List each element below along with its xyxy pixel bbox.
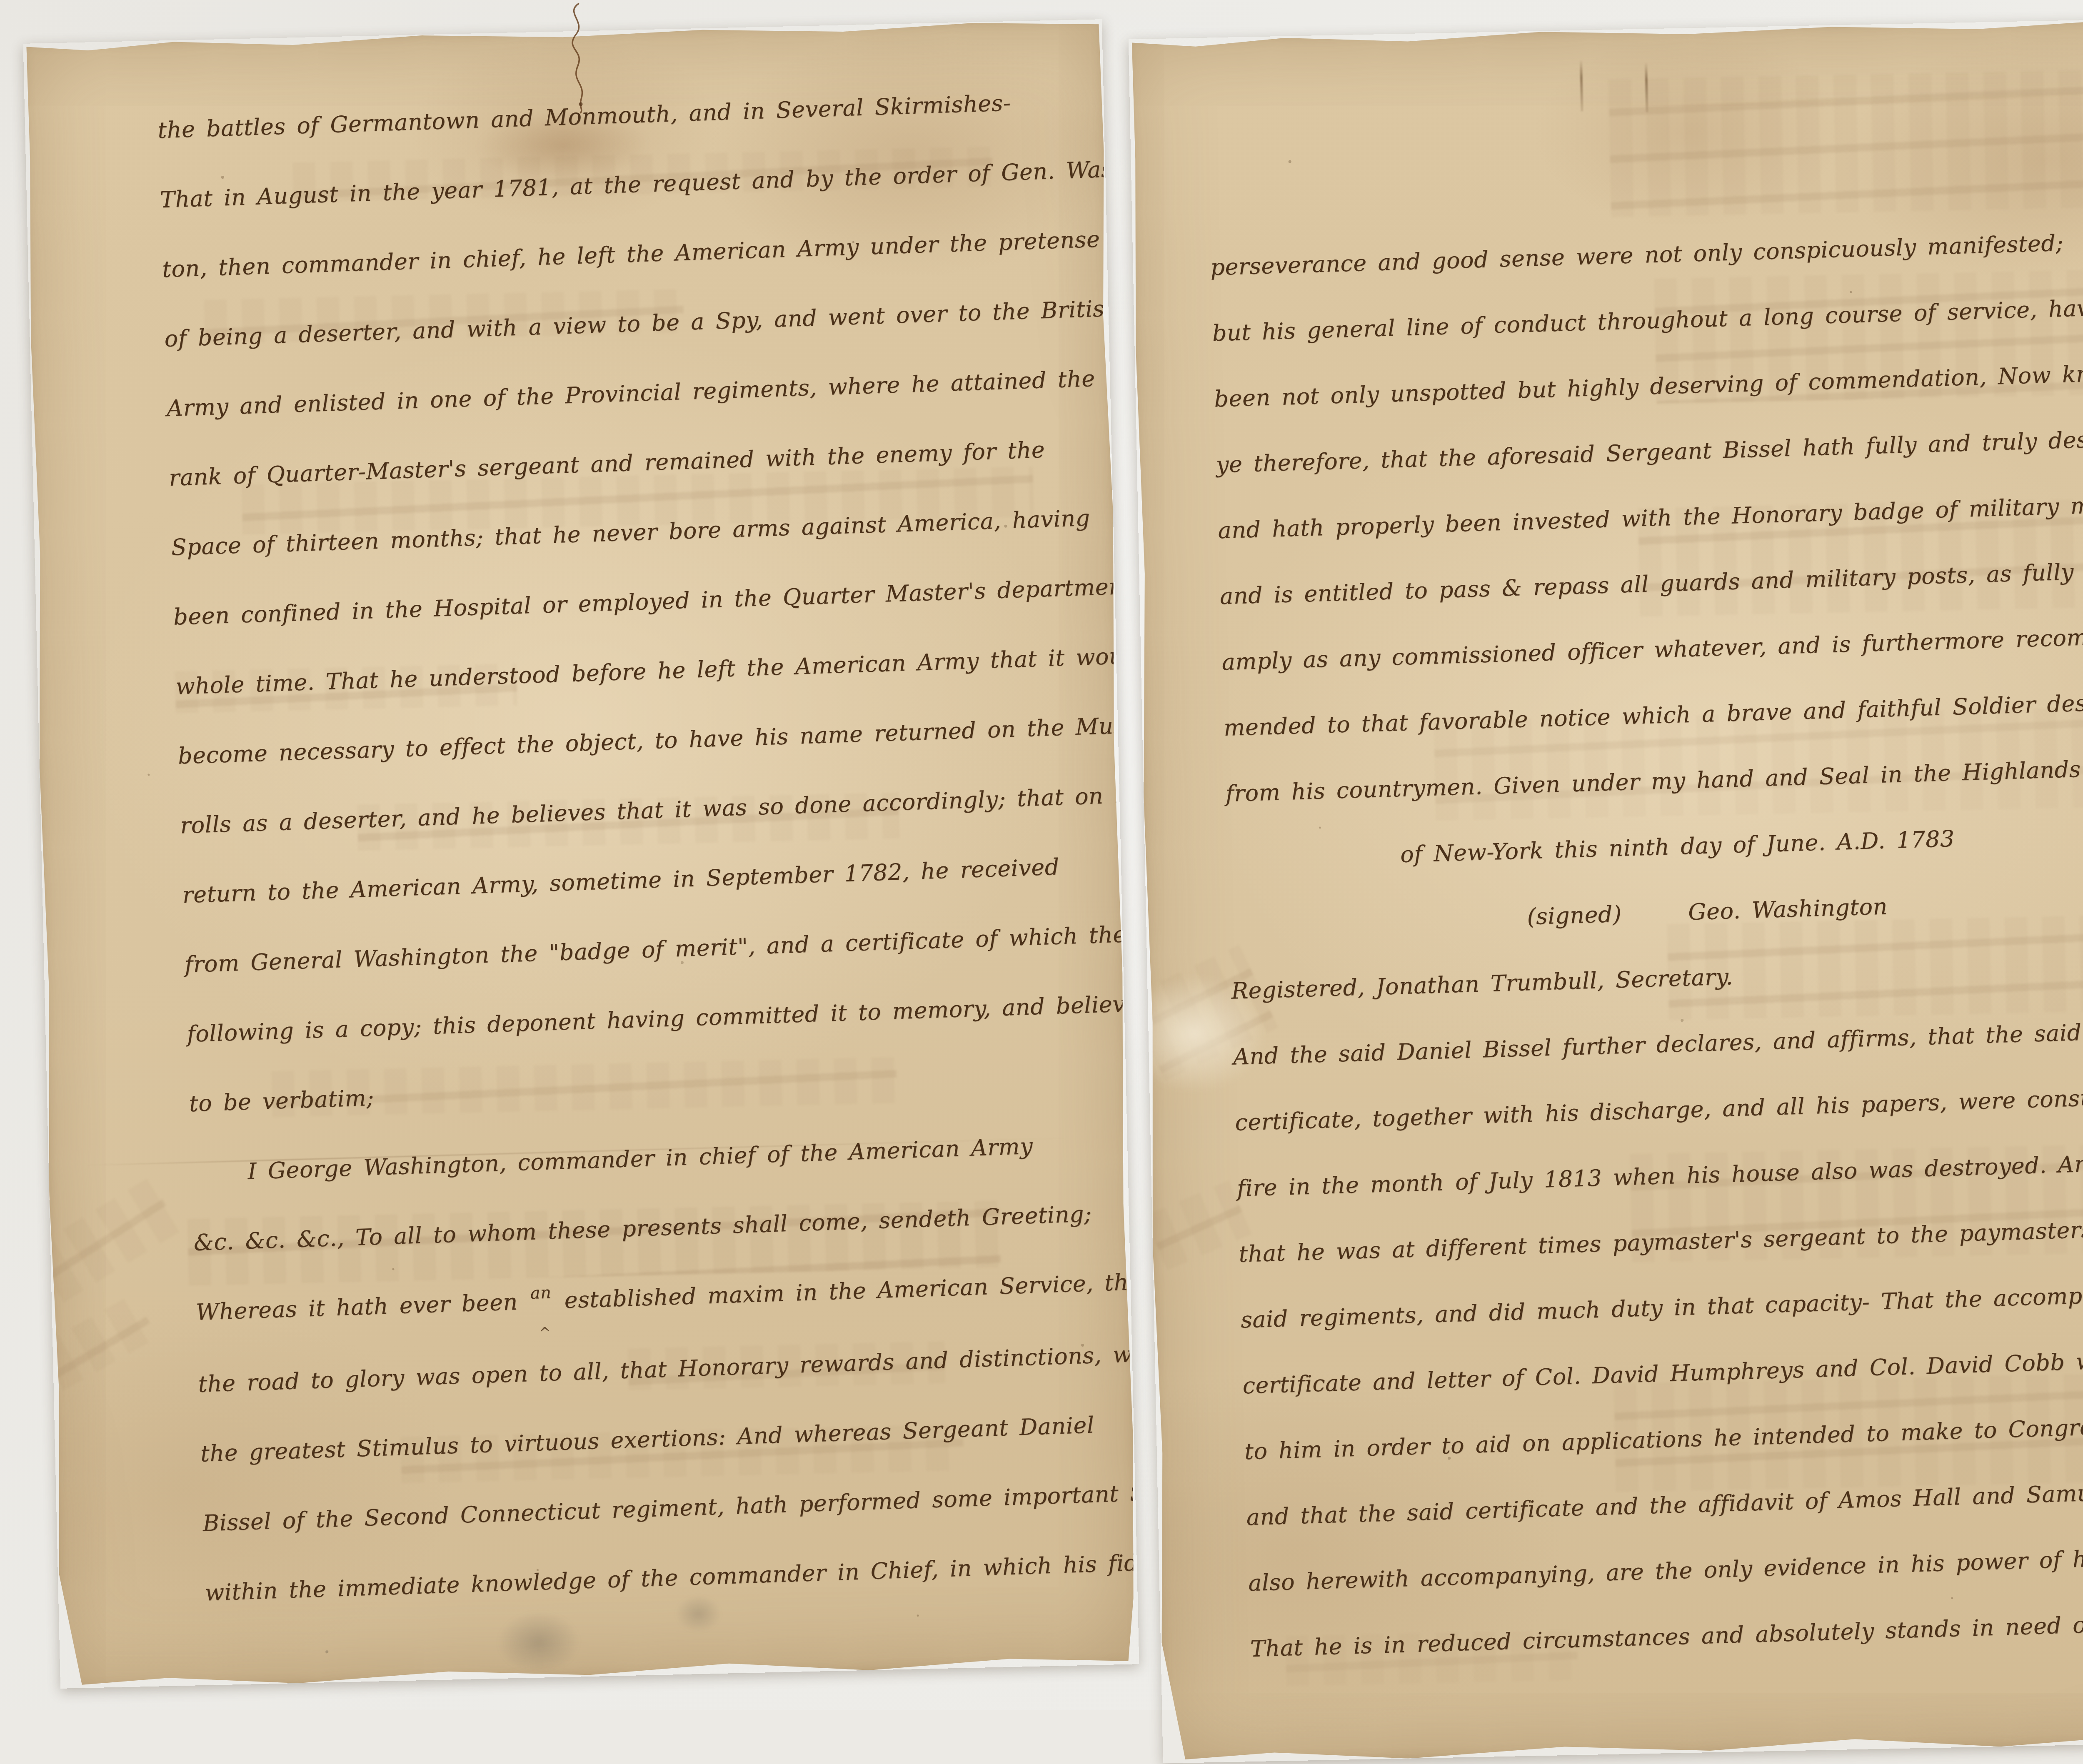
manuscript-page-left: the battles of Germantown and Monmouth, … <box>23 19 1139 1689</box>
manuscript-text-right: perseverance and good sense were not onl… <box>1209 205 2083 1682</box>
ink-bleedthrough-margin-note <box>39 1294 158 1390</box>
paper-left: the battles of Germantown and Monmouth, … <box>23 19 1139 1689</box>
smudge <box>496 1610 581 1674</box>
caret-inserted-word: an <box>530 1283 552 1303</box>
paper-specks <box>23 44 25 45</box>
pen-flourish-mark <box>539 0 598 117</box>
paper-right: perseverance and good sense were not onl… <box>1129 17 2083 1710</box>
ink-bleedthrough <box>1608 68 2083 217</box>
stain <box>1580 59 1583 111</box>
ink-bleedthrough-margin-note <box>32 1177 182 1302</box>
paper-specks <box>1129 39 1130 40</box>
ink-bleedthrough-margin-note <box>1144 1180 1251 1270</box>
stain <box>1645 62 1648 112</box>
manuscript-page-right: perseverance and good sense were not onl… <box>1129 17 2083 1710</box>
manuscript-text-left: the battles of Germantown and Monmouth, … <box>157 63 1221 1628</box>
